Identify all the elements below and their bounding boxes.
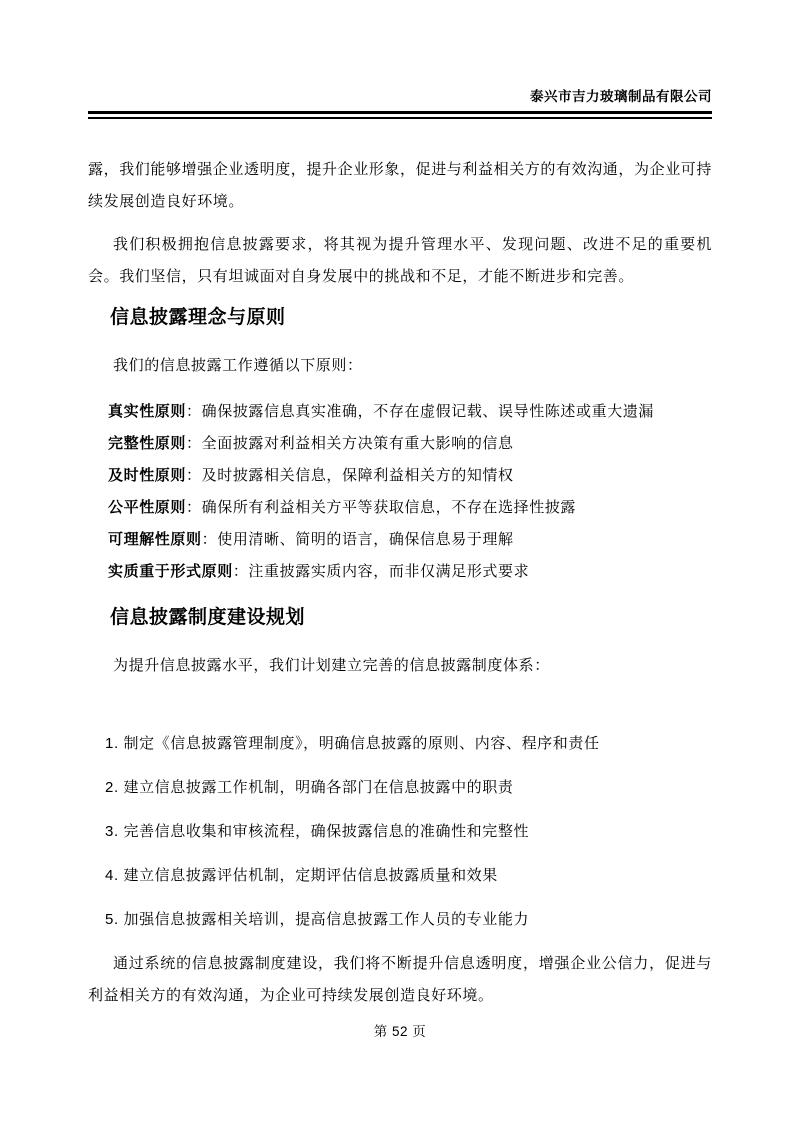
- plan-list: 1. 制定《信息披露管理制度》，明确信息披露的原则、内容、程序和责任 2. 建立…: [88, 728, 712, 936]
- plan-item: 2. 建立信息披露工作机制，明确各部门在信息披露中的职责: [105, 772, 712, 804]
- principle-label: 真实性原则: [108, 403, 186, 420]
- document-page: 泰兴市吉力玻璃制品有限公司 露，我们能够增强企业透明度，提升企业形象，促进与利益…: [0, 0, 800, 1131]
- principle-colon: ：: [186, 499, 202, 516]
- page-number: 第 52 页: [0, 1016, 800, 1048]
- principle-text: 确保所有利益相关方平等获取信息，不存在选择性披露: [202, 499, 576, 516]
- section-title-plan: 信息披露制度建设规划: [88, 602, 712, 634]
- principle-row: 及时性原则：及时披露相关信息，保障利益相关方的知情权: [108, 460, 712, 492]
- principle-colon: ：: [233, 563, 249, 580]
- principle-row: 真实性原则：确保披露信息真实准确，不存在虚假记载、误导性陈述或重大遗漏: [108, 396, 712, 428]
- principle-text: 注重披露实质内容，而非仅满足形式要求: [248, 563, 529, 580]
- paragraph: 我们积极拥抱信息披露要求，将其视为提升管理水平、发现问题、改进不足的重要机会。我…: [88, 229, 712, 293]
- principles-intro: 我们的信息披露工作遵循以下原则：: [88, 350, 712, 382]
- plan-item: 4. 建立信息披露评估机制，定期评估信息披露质量和效果: [105, 860, 712, 892]
- principle-text: 使用清晰、简明的语言，确保信息易于理解: [217, 531, 513, 548]
- principle-text: 全面披露对利益相关方决策有重大影响的信息: [202, 435, 514, 452]
- plan-item: 3. 完善信息收集和审核流程，确保披露信息的准确性和完整性: [105, 816, 712, 848]
- principle-label: 可理解性原则: [108, 531, 202, 548]
- paragraph: 露，我们能够增强企业透明度，提升企业形象，促进与利益相关方的有效沟通，为企业可持…: [88, 154, 712, 218]
- principle-label: 及时性原则: [108, 467, 186, 484]
- principle-label: 公平性原则: [108, 499, 186, 516]
- header-divider: [88, 111, 712, 119]
- page-header: 泰兴市吉力玻璃制品有限公司: [88, 0, 712, 119]
- plan-intro: 为提升信息披露水平，我们计划建立完善的信息披露制度体系：: [88, 650, 712, 682]
- principle-row: 完整性原则：全面披露对利益相关方决策有重大影响的信息: [108, 428, 712, 460]
- principle-label: 完整性原则: [108, 435, 186, 452]
- principle-row: 可理解性原则：使用清晰、简明的语言，确保信息易于理解: [108, 524, 712, 556]
- company-name: 泰兴市吉力玻璃制品有限公司: [88, 88, 712, 106]
- principle-text: 及时披露相关信息，保障利益相关方的知情权: [202, 467, 514, 484]
- principle-row: 公平性原则：确保所有利益相关方平等获取信息，不存在选择性披露: [108, 492, 712, 524]
- principle-row: 实质重于形式原则：注重披露实质内容，而非仅满足形式要求: [108, 556, 712, 588]
- section-title-principles: 信息披露理念与原则: [88, 302, 712, 334]
- principle-colon: ：: [186, 403, 202, 420]
- principle-label: 实质重于形式原则: [108, 563, 233, 580]
- closing-paragraph: 通过系统的信息披露制度建设，我们将不断提升信息透明度，增强企业公信力，促进与利益…: [88, 948, 712, 1012]
- principles-list: 真实性原则：确保披露信息真实准确，不存在虚假记载、误导性陈述或重大遗漏 完整性原…: [88, 396, 712, 588]
- document-body: 露，我们能够增强企业透明度，提升企业形象，促进与利益相关方的有效沟通，为企业可持…: [88, 154, 712, 1012]
- plan-item: 1. 制定《信息披露管理制度》，明确信息披露的原则、内容、程序和责任: [105, 728, 712, 760]
- plan-item: 5. 加强信息披露相关培训，提高信息披露工作人员的专业能力: [105, 904, 712, 936]
- principle-colon: ：: [202, 531, 218, 548]
- principle-text: 确保披露信息真实准确，不存在虚假记载、误导性陈述或重大遗漏: [202, 403, 654, 420]
- principle-colon: ：: [186, 467, 202, 484]
- principle-colon: ：: [186, 435, 202, 452]
